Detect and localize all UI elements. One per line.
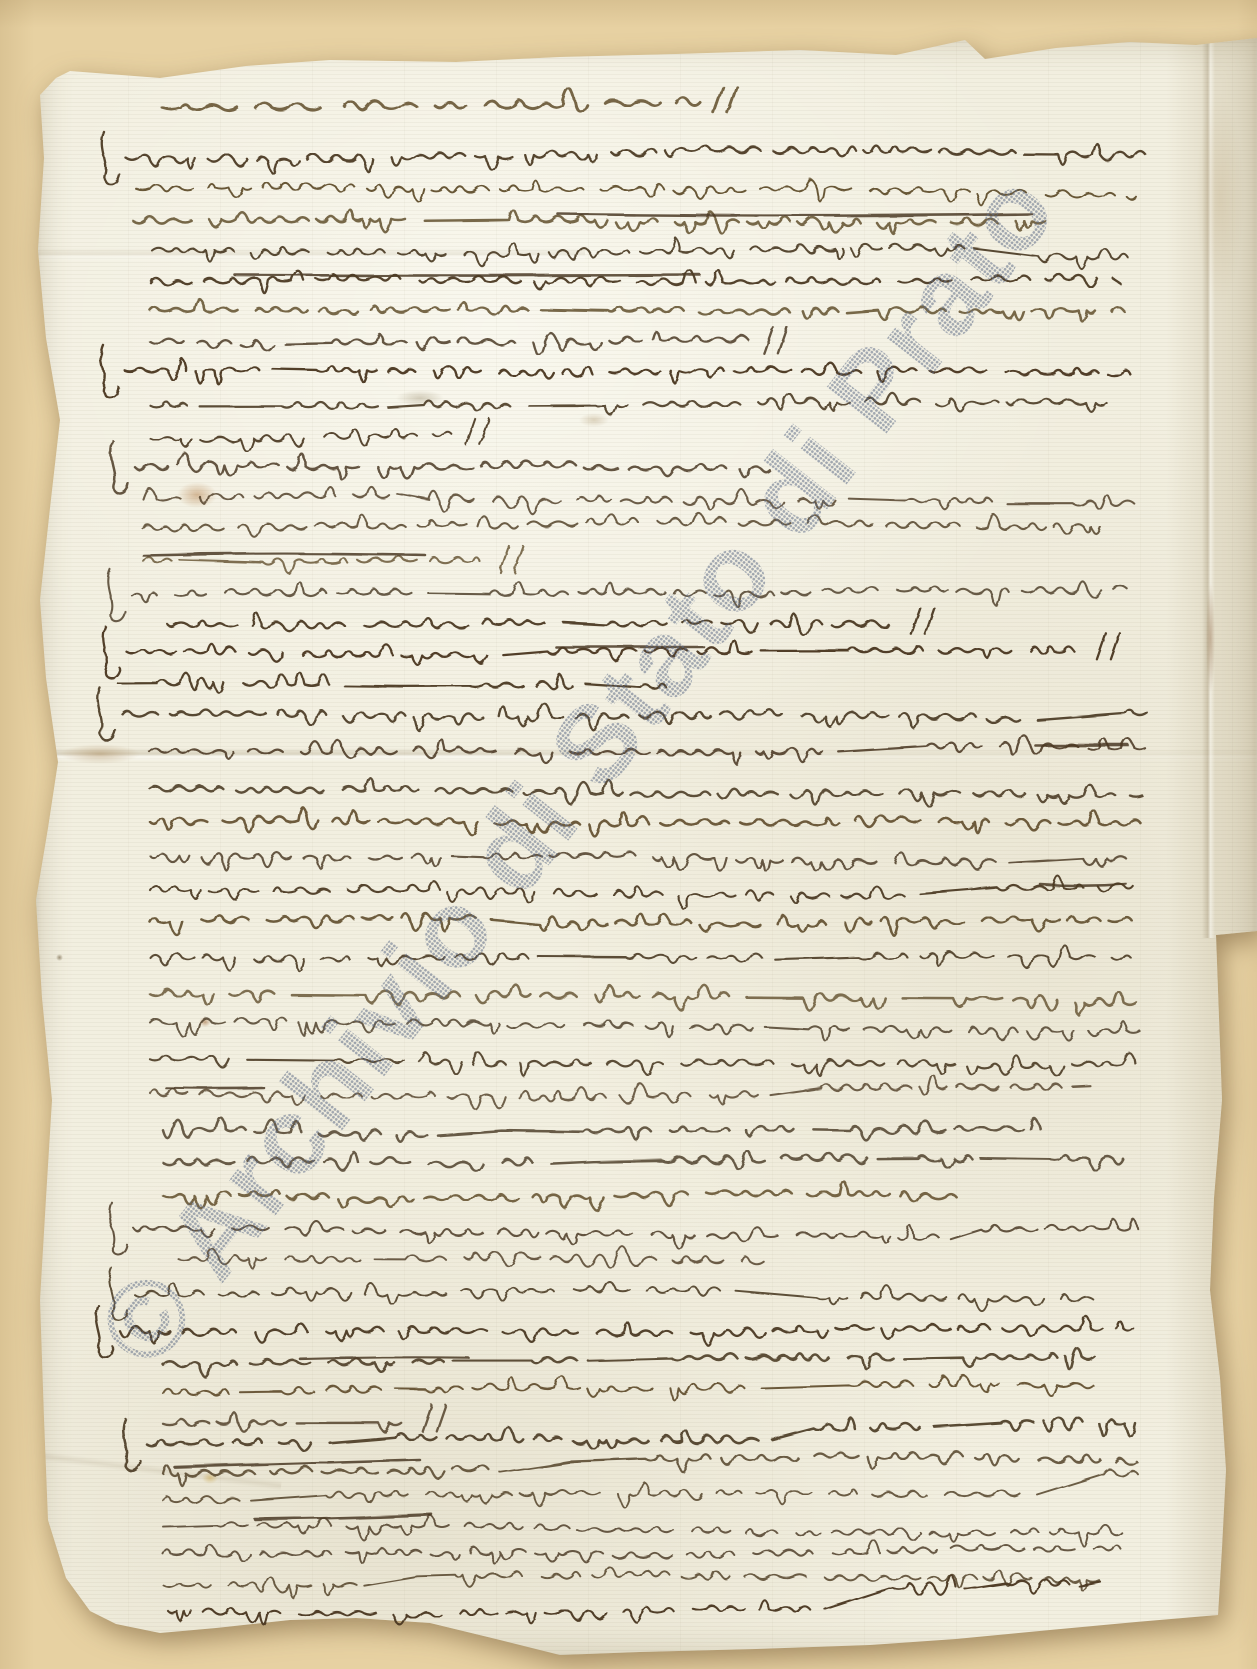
edge-shading <box>36 38 1257 1658</box>
scan-background: © Archivio di Stato di Prato <box>0 0 1257 1669</box>
page-shadow-wrap <box>0 0 1257 1669</box>
manuscript-page <box>36 38 1257 1658</box>
